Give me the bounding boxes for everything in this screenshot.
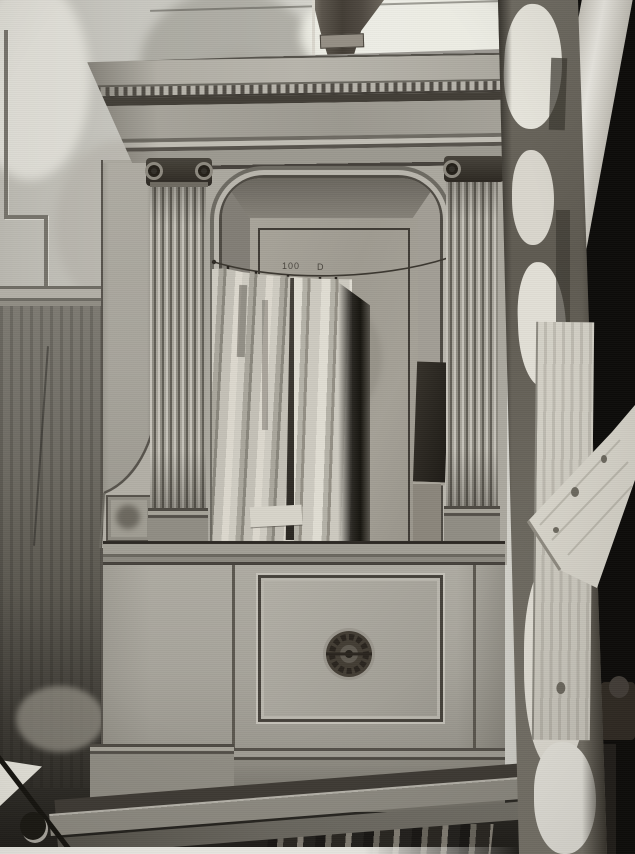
wall-panel-molding-vertical bbox=[44, 215, 48, 293]
post-dark-blotch bbox=[549, 58, 568, 131]
wall-bracket bbox=[300, 0, 392, 58]
curtain-tape-patch bbox=[250, 505, 303, 528]
post-dark-blotch bbox=[556, 210, 570, 330]
wing-framed-panel bbox=[106, 495, 152, 542]
board-below-ledge bbox=[413, 484, 441, 542]
curtain-cast-shadow bbox=[338, 282, 370, 542]
dado-rail-band bbox=[0, 286, 106, 308]
bracket-band bbox=[320, 33, 364, 49]
metal-stand-disc bbox=[20, 812, 46, 840]
niche-ceiling bbox=[222, 178, 440, 222]
pilaster-base-left bbox=[148, 508, 208, 543]
bracket-highlight-edge bbox=[312, 0, 315, 55]
paint-peeling-patch bbox=[512, 150, 554, 245]
side-ledge bbox=[413, 361, 449, 485]
photograph-confessional: 100 D bbox=[0, 0, 635, 854]
pilaster-shading bbox=[150, 187, 206, 508]
framed-panel-image bbox=[116, 505, 140, 529]
rosette-medallion bbox=[322, 627, 376, 681]
dado-debris-patch bbox=[16, 686, 104, 752]
photo-margin bbox=[0, 847, 520, 854]
cornice-entablature bbox=[87, 49, 513, 172]
stile-seam-left bbox=[232, 565, 235, 751]
stile-seam-right bbox=[473, 565, 476, 751]
scaffold-plank-lower bbox=[500, 390, 635, 740]
mid-rail bbox=[103, 541, 505, 565]
volute-right bbox=[195, 162, 213, 180]
curtain-fold-shadow bbox=[262, 300, 268, 430]
wall-panel-molding-vertical bbox=[4, 30, 8, 218]
pilaster-base-right bbox=[444, 506, 500, 544]
volute-left bbox=[443, 160, 461, 178]
volute-left bbox=[145, 162, 163, 180]
wall-panel-molding-corner bbox=[4, 215, 48, 219]
pilaster-shading bbox=[446, 182, 498, 506]
